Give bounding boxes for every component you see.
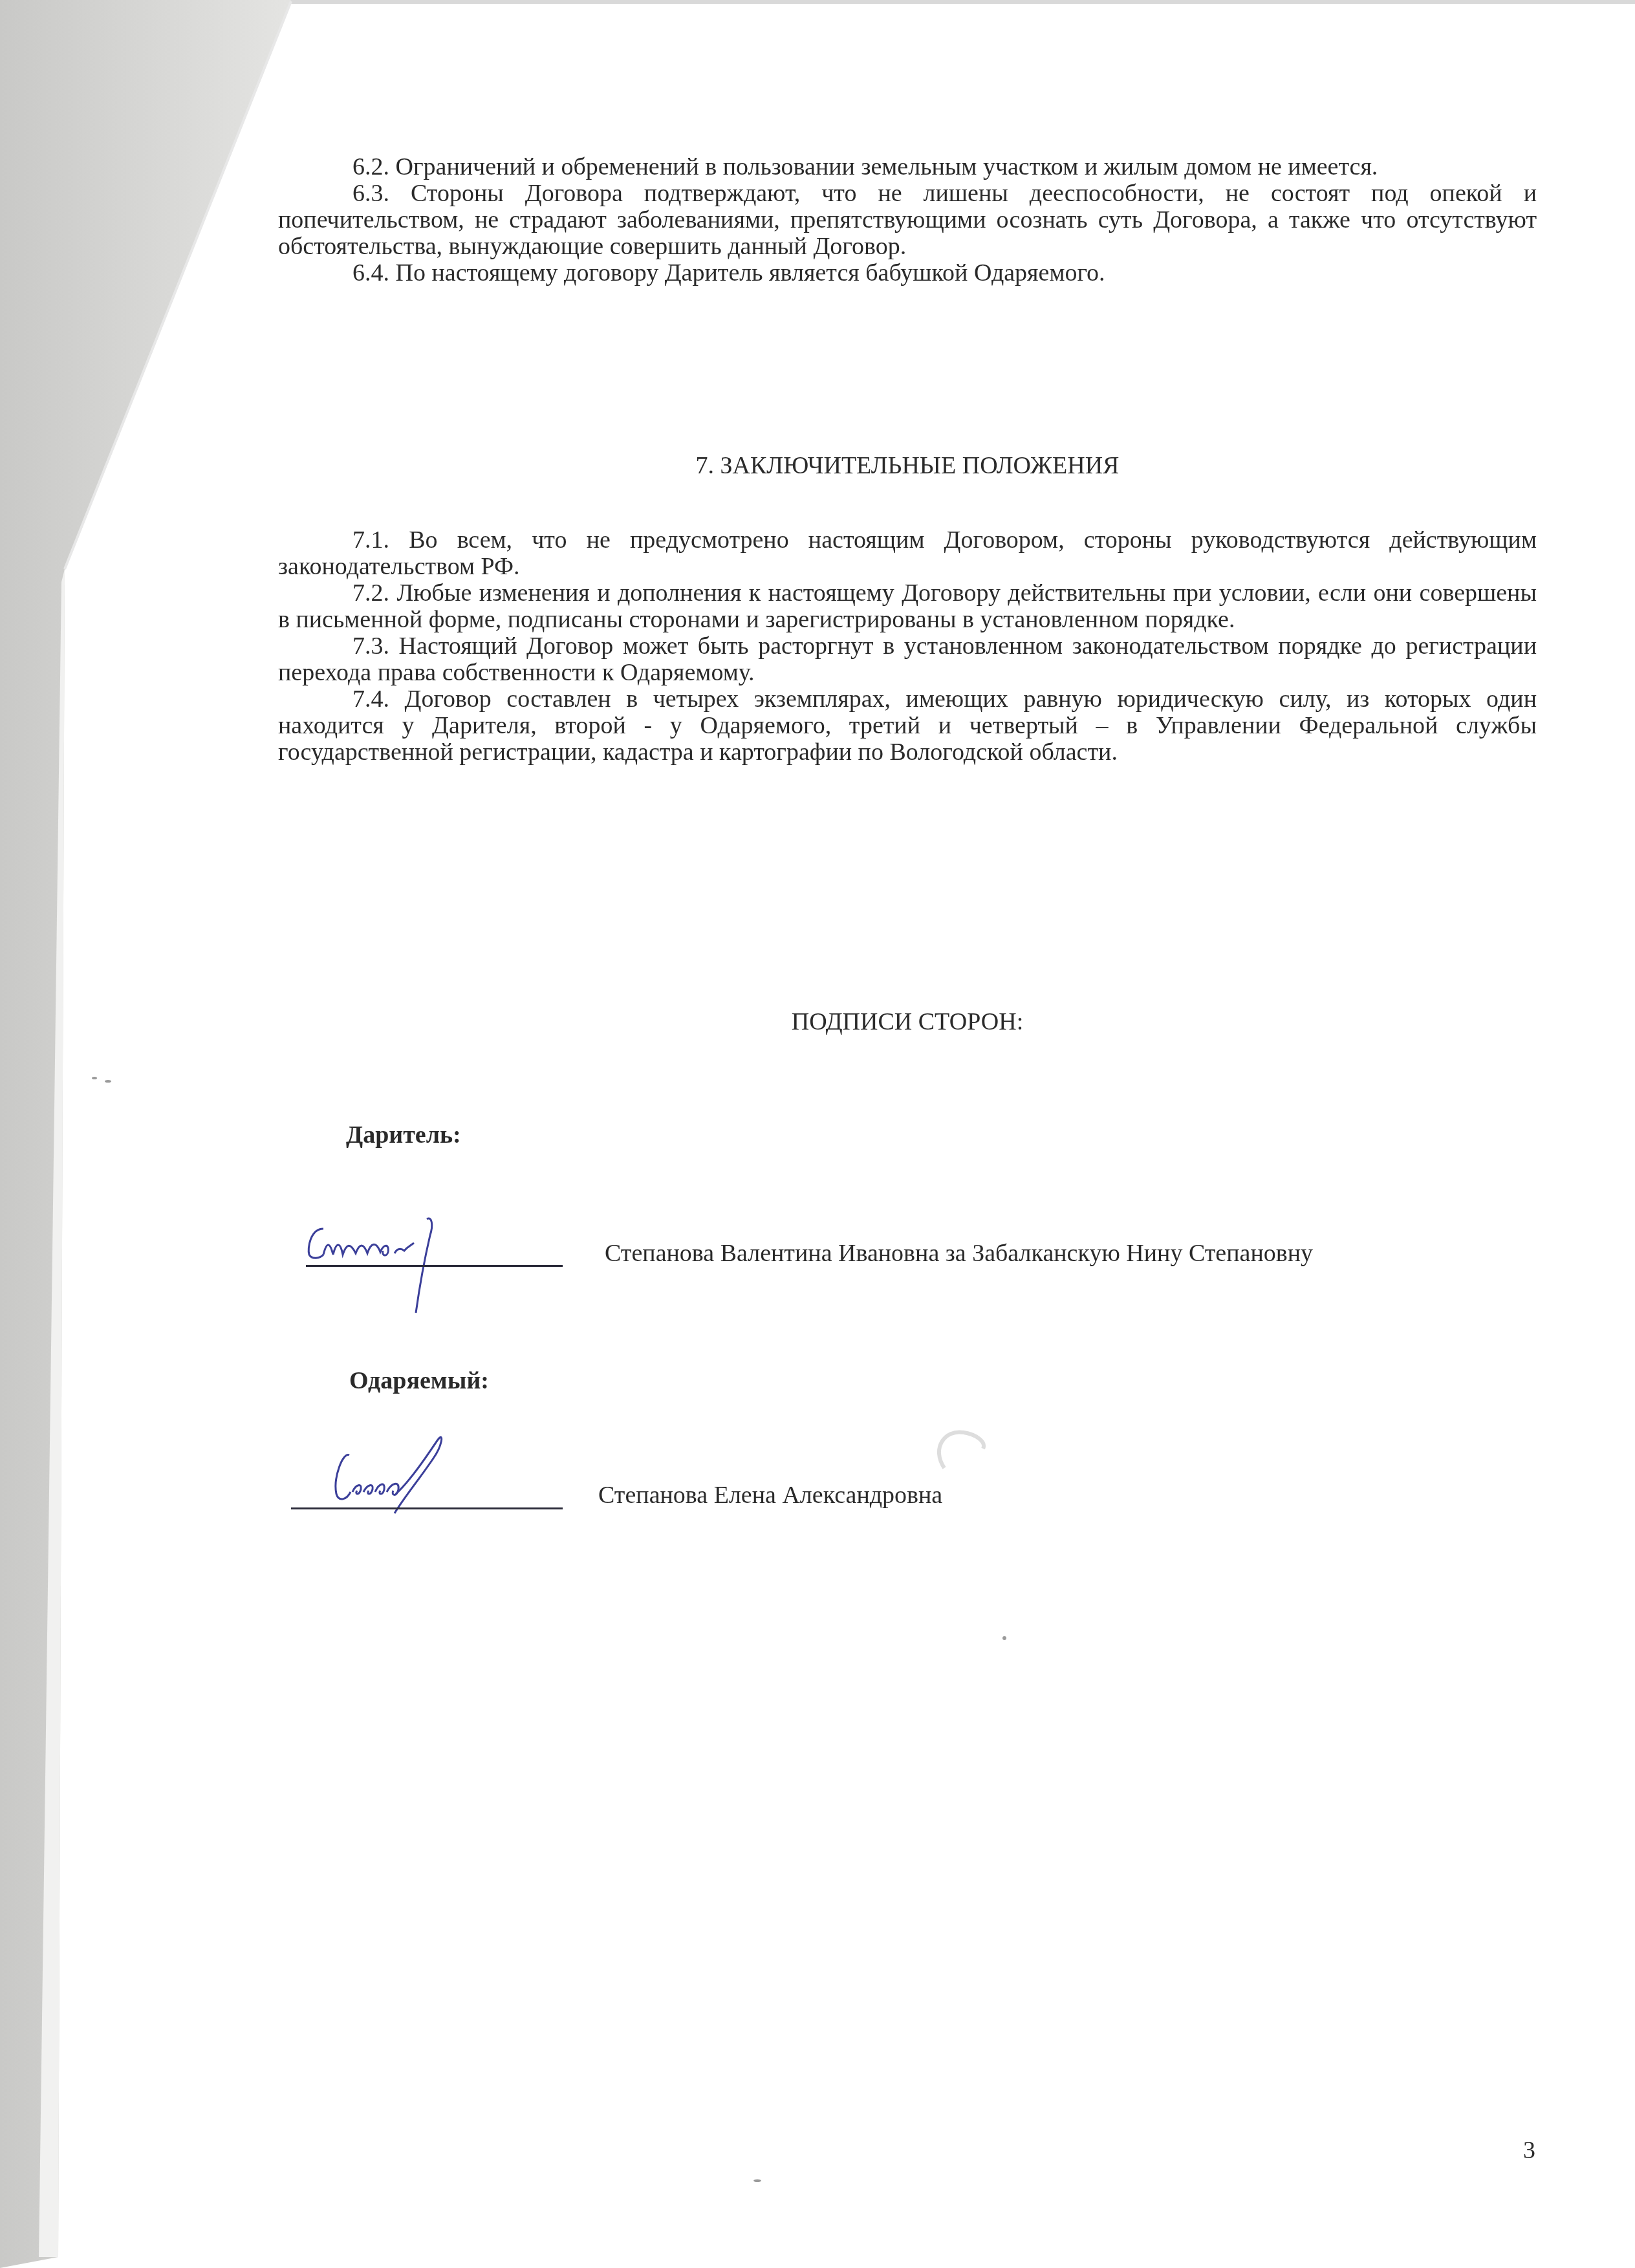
donor-label: Даритель: bbox=[346, 1122, 461, 1149]
scan-speck bbox=[753, 2179, 761, 2182]
recipient-signature bbox=[323, 1432, 492, 1523]
section-7-heading: 7. ЗАКЛЮЧИТЕЛЬНЫЕ ПОЛОЖЕНИЯ bbox=[278, 453, 1537, 479]
scan-speck bbox=[92, 1077, 97, 1079]
clause-7-2: 7.2. Любые изменения и дополнения к наст… bbox=[278, 580, 1537, 633]
clause-7-4: 7.4. Договор составлен в четырех экземпл… bbox=[278, 686, 1537, 766]
clause-6-4: 6.4. По настоящему договору Даритель явл… bbox=[278, 260, 1537, 286]
folded-corner-shadow bbox=[0, 0, 1635, 2268]
clause-6-3: 6.3. Стороны Договора подтверждают, что … bbox=[278, 180, 1537, 260]
faint-stamp-mark bbox=[925, 1423, 1002, 1487]
scan-speck bbox=[105, 1080, 111, 1083]
clause-6-2: 6.2. Ограничений и обременений в пользов… bbox=[278, 154, 1537, 180]
section-6-body: 6.2. Ограничений и обременений в пользов… bbox=[278, 154, 1537, 286]
clause-7-3: 7.3. Настоящий Договор может быть растор… bbox=[278, 633, 1537, 686]
section-7-body: 7.1. Во всем, что не предусмотрено насто… bbox=[278, 527, 1537, 766]
donor-name: Степанова Валентина Ивановна за Забалкан… bbox=[605, 1240, 1313, 1267]
donor-signature-line bbox=[306, 1265, 563, 1267]
page-number: 3 bbox=[1523, 2137, 1535, 2164]
recipient-name: Степанова Елена Александровна bbox=[598, 1482, 942, 1509]
signatures-heading: ПОДПИСИ СТОРОН: bbox=[278, 1009, 1537, 1035]
scan-top-edge bbox=[0, 0, 1635, 4]
donor-signature bbox=[298, 1216, 511, 1319]
clause-7-1: 7.1. Во всем, что не предусмотрено насто… bbox=[278, 527, 1537, 580]
recipient-signature-line bbox=[291, 1507, 563, 1509]
scan-speck bbox=[1002, 1636, 1006, 1640]
recipient-label: Одаряемый: bbox=[349, 1368, 489, 1394]
